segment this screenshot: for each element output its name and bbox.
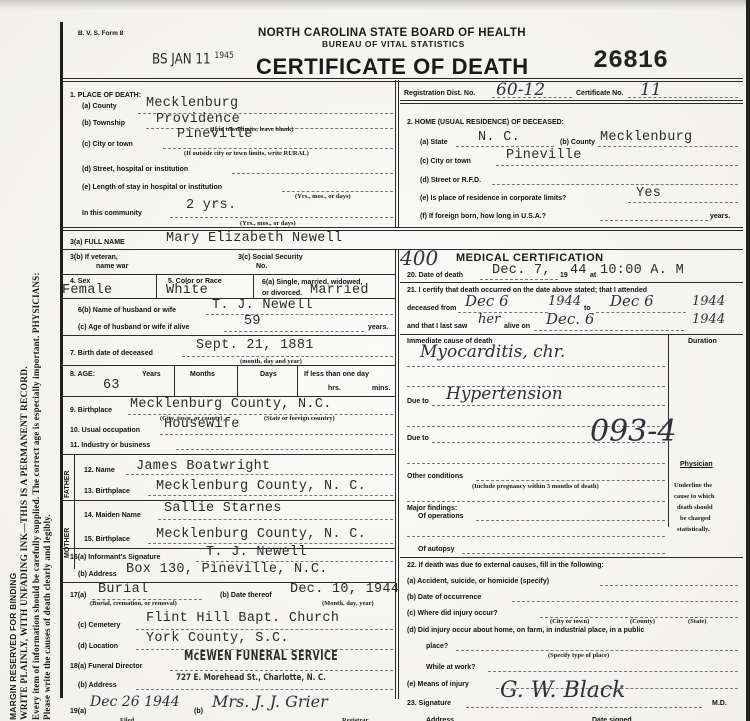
death-year-value: 44 bbox=[570, 263, 587, 278]
last-saw-line bbox=[534, 330, 684, 331]
registrar-label: (b) bbox=[194, 708, 203, 715]
where-note-county: (County) bbox=[630, 618, 655, 625]
due-to-2-label: Due to bbox=[407, 435, 429, 442]
burial-date-note: (Month, day, year) bbox=[322, 600, 374, 607]
physician-note-line: be charged bbox=[680, 515, 711, 522]
external-causes-title: 22. If death was due to external causes,… bbox=[407, 562, 604, 569]
city-note: (If outside city or town limits, write R… bbox=[184, 150, 309, 157]
registration-dist-label: Registration Dist. No. bbox=[404, 90, 475, 97]
last-saw-label: and that I last saw bbox=[407, 323, 467, 330]
section-divider-1 bbox=[63, 227, 743, 231]
home-city-line bbox=[496, 165, 738, 166]
injury-where-label: (c) Where did injury occur? bbox=[407, 610, 498, 617]
spouse-age-value: 59 bbox=[244, 314, 261, 329]
registrar-note: Registrar bbox=[342, 717, 368, 721]
sex-value: Female bbox=[62, 283, 112, 298]
age-label: 8. AGE: bbox=[70, 371, 95, 378]
place-label: place? bbox=[426, 643, 448, 650]
date-of-death-label: 20. Date of death bbox=[407, 272, 463, 279]
physician-note-line: Underline the bbox=[674, 482, 712, 489]
industry-label: 11. Industry or business bbox=[70, 442, 150, 449]
father-birthplace-line bbox=[148, 495, 393, 496]
hrs-label: hrs. bbox=[328, 385, 341, 392]
ssn-no-label: No. bbox=[256, 263, 267, 270]
director-line bbox=[170, 670, 393, 671]
spouse-age-line bbox=[224, 331, 364, 332]
informant-address-value: Box 130, Pineville, N.C. bbox=[126, 562, 328, 577]
director-address-line bbox=[136, 689, 393, 690]
home-street-line bbox=[492, 184, 738, 185]
margin-every-item-text: Every item of information should be care… bbox=[31, 272, 41, 720]
mother-birthplace-label: 15. Birthplace bbox=[84, 536, 130, 543]
autopsy-line bbox=[462, 553, 665, 554]
place-note: (Specify type of place) bbox=[548, 652, 609, 659]
registration-divider bbox=[400, 100, 743, 104]
ssn-label: 3(c) Social Security bbox=[238, 254, 303, 261]
death-certificate-page: MARGIN RESERVED FOR BINDING WRITE PLAINL… bbox=[0, 0, 750, 721]
disposition-value: Burial bbox=[98, 582, 148, 597]
bureau-name: BUREAU OF VITAL STATISTICS bbox=[322, 39, 465, 49]
death-township-value: Providence bbox=[156, 112, 240, 127]
full-name-label: 3(a) FULL NAME bbox=[70, 239, 125, 246]
margin-please-write-text: Please write the causes of death clearly… bbox=[42, 514, 52, 720]
due-to-line bbox=[432, 405, 665, 406]
stay-label: (e) Length of stay in hospital or instit… bbox=[82, 184, 222, 191]
attended-from-line bbox=[458, 312, 548, 313]
due-to-1-label: Due to bbox=[407, 398, 429, 405]
accident-label: (a) Accident, suicide, or homicide (spec… bbox=[407, 578, 549, 585]
home-city-label: (c) City or town bbox=[420, 158, 471, 165]
spouse-name-value: T. J. Newell bbox=[212, 298, 313, 313]
attended-to-line bbox=[596, 312, 686, 313]
physician-note-line: statistically. bbox=[677, 526, 710, 533]
father-birthplace-value: Mecklenburg County, N. C. bbox=[156, 479, 366, 494]
frame-left-border bbox=[60, 22, 63, 698]
medical-column-divider bbox=[395, 249, 399, 699]
disposition-note: (Burial, cremation, or removal) bbox=[90, 600, 177, 607]
community-line bbox=[170, 217, 393, 218]
stamp-date: BS JAN 11 bbox=[152, 52, 211, 68]
where-note-city: (City or town) bbox=[550, 618, 589, 625]
row-divider bbox=[63, 274, 396, 275]
due-to-1-value: Hypertension bbox=[446, 384, 563, 404]
attended-from-year: 1944 bbox=[548, 294, 581, 309]
certificate-serial-number: 26816 bbox=[593, 46, 668, 75]
cause-line bbox=[407, 501, 665, 502]
spouse-line bbox=[206, 314, 393, 315]
cert-no-label: Certificate No. bbox=[576, 90, 623, 97]
operations-line bbox=[476, 520, 665, 521]
immediate-cause-value: Myocarditis, chr. bbox=[420, 342, 565, 362]
cemetery-label: (c) Cemetery bbox=[78, 622, 120, 629]
occupation-line bbox=[160, 434, 393, 435]
signature-label: 23. Signature bbox=[407, 700, 451, 707]
industry-line bbox=[176, 449, 393, 450]
attended-from-label: deceased from bbox=[407, 305, 456, 312]
cemetery-value: Flint Hill Bapt. Church bbox=[146, 611, 339, 626]
row-divider bbox=[400, 334, 743, 335]
physician-note-line: cause to which bbox=[674, 493, 714, 500]
column-divider bbox=[395, 80, 399, 228]
physician-note-line: death should bbox=[677, 504, 713, 511]
mother-name-label: 14. Maiden Name bbox=[84, 512, 141, 519]
home-county-value: Mecklenburg bbox=[600, 130, 692, 145]
margin-write-plainly-text: WRITE PLAINLY, WITH UNFADING INK—THIS IS… bbox=[20, 366, 30, 720]
spouse-age-label: (c) Age of husband or wife if alive bbox=[78, 324, 189, 331]
date-of-death-value: Dec. 7, bbox=[492, 263, 551, 278]
burial-date-value: Dec. 10, 1944 bbox=[290, 582, 399, 597]
father-name-label: 12. Name bbox=[84, 467, 115, 474]
birth-line bbox=[182, 356, 393, 357]
margin-binding-text: MARGIN RESERVED FOR BINDING bbox=[8, 573, 18, 720]
death-county-value: Mecklenburg bbox=[146, 96, 238, 111]
certificate-no-value: 11 bbox=[640, 80, 662, 100]
margin-instructions: MARGIN RESERVED FOR BINDING WRITE PLAINL… bbox=[4, 20, 58, 720]
death-date-line bbox=[480, 279, 558, 280]
home-county-label: (b) County bbox=[560, 139, 595, 146]
row-divider bbox=[400, 282, 743, 283]
full-name-value: Mary Elizabeth Newell bbox=[166, 231, 342, 246]
certificate-title: CERTIFICATE OF DEATH bbox=[256, 54, 529, 80]
last-saw-year: 1944 bbox=[692, 312, 725, 327]
mins-label: mins. bbox=[372, 385, 390, 392]
last-saw-date-value: Dec. 6 bbox=[546, 310, 594, 328]
major-findings-label: Major findings: bbox=[407, 505, 457, 512]
alive-on-label: alive on bbox=[504, 323, 530, 330]
attended-from-value: Dec 6 bbox=[465, 292, 509, 310]
foreign-years-label: years. bbox=[710, 213, 730, 220]
last-saw-pronoun: her bbox=[478, 312, 500, 327]
duration-label: Duration bbox=[688, 338, 717, 345]
date-signed-label: Date signed bbox=[592, 717, 632, 721]
veteran-label: 3(b) If veteran, bbox=[70, 254, 118, 261]
received-stamp: BS JAN 11 1945 bbox=[152, 51, 234, 68]
year-prefix: 19 bbox=[560, 272, 568, 279]
parent-tag-divider bbox=[74, 454, 75, 569]
burial-location-value: York County, S.C. bbox=[146, 631, 289, 646]
physician-label: Physician bbox=[680, 461, 713, 468]
city-label: (c) City or town bbox=[82, 141, 133, 148]
scan-shadow bbox=[0, 0, 750, 10]
birthplace-note-state: (State or foreign country) bbox=[264, 415, 335, 422]
birth-date-label: 7. Birth date of deceased bbox=[70, 350, 153, 357]
home-state-label: (a) State bbox=[420, 139, 448, 146]
marital-status-value: Married bbox=[310, 283, 369, 298]
veteran-war-label: name war bbox=[96, 263, 128, 270]
home-city-value: Pineville bbox=[506, 148, 582, 163]
funeral-director-label: 18(a) Funeral Director bbox=[70, 663, 142, 670]
funeral-director-value: McEWEN FUNERAL SERVICE bbox=[184, 649, 338, 664]
home-street-label: (d) Street or R.F.D. bbox=[420, 177, 481, 184]
occupation-label: 10. Usual occupation bbox=[70, 427, 140, 434]
issuing-board: NORTH CAROLINA STATE BOARD OF HEALTH bbox=[258, 27, 526, 39]
place-line bbox=[456, 650, 738, 651]
work-line bbox=[488, 671, 738, 672]
mother-birthplace-value: Mecklenburg County, N. C. bbox=[156, 527, 366, 542]
attended-to-value: Dec 6 bbox=[610, 292, 654, 310]
other-conditions-label: Other conditions bbox=[407, 473, 463, 480]
attended-to-year: 1944 bbox=[692, 294, 725, 309]
stay-note: (Yrs., mos., or days) bbox=[295, 193, 351, 200]
father-name-value: James Boatwright bbox=[136, 459, 270, 474]
age-years-value: 63 bbox=[103, 378, 120, 393]
cell-divider bbox=[174, 365, 175, 396]
director-address-label: (b) Address bbox=[78, 682, 117, 689]
corporate-limits-value: Yes bbox=[636, 186, 661, 201]
accident-line bbox=[600, 585, 738, 586]
stay-line bbox=[282, 191, 393, 192]
location-label: (d) Location bbox=[78, 643, 118, 650]
where-note-state: (State) bbox=[688, 618, 706, 625]
injury-place-label: (d) Did injury occur about home, on farm… bbox=[407, 627, 644, 634]
days-col-label: Days bbox=[260, 371, 277, 378]
means-of-injury-label: (e) Means of injury bbox=[407, 681, 469, 688]
months-col-label: Months bbox=[190, 371, 215, 378]
autopsy-label: Of autopsy bbox=[418, 546, 455, 553]
birthplace-label: 9. Birthplace bbox=[70, 407, 112, 414]
cell-divider bbox=[297, 365, 298, 396]
spouse-label: 6(b) Name of husband or wife bbox=[78, 307, 176, 314]
filed-note: Filed bbox=[120, 717, 134, 721]
row-divider bbox=[63, 335, 396, 336]
cell-divider bbox=[253, 274, 254, 298]
street-label: (d) Street, hospital or institution bbox=[82, 166, 188, 173]
while-at-work-label: While at work? bbox=[426, 664, 475, 671]
birthplace-value: Mecklenburg County, N.C. bbox=[130, 397, 332, 412]
corporate-limits-label: (e) Is place of residence in corporate l… bbox=[420, 195, 566, 202]
community-note: (Yrs., mos., or days) bbox=[240, 220, 296, 227]
foreign-line bbox=[600, 220, 708, 221]
home-county-line bbox=[598, 146, 738, 147]
county-label: (a) County bbox=[82, 103, 117, 110]
filed-date-value: Dec 26 1944 bbox=[90, 694, 180, 710]
informant-signature-value: T. J. Newell bbox=[206, 545, 307, 560]
place-of-death-title: 1. PLACE OF DEATH: bbox=[70, 92, 141, 99]
race-value: White bbox=[166, 283, 208, 298]
other-conditions-line bbox=[476, 480, 665, 481]
signature-line bbox=[466, 707, 702, 708]
findings-line bbox=[407, 536, 665, 537]
cause-code: 093-4 bbox=[590, 414, 676, 449]
father-name-line bbox=[126, 474, 393, 475]
filed-label: 19(a) bbox=[70, 708, 86, 715]
burial-date-label: (b) Date thereof bbox=[220, 592, 272, 599]
marital-sub-label: or divorced. bbox=[262, 290, 302, 297]
mother-birthplace-line bbox=[148, 543, 393, 544]
father-tag: FATHER bbox=[64, 471, 71, 498]
street-line bbox=[232, 173, 393, 174]
registrar-value: Mrs. J. J. Grier bbox=[212, 692, 328, 711]
home-title: 2. HOME (USUAL RESIDENCE) OF DECEASED: bbox=[407, 119, 564, 126]
city-line bbox=[163, 148, 393, 149]
mother-name-line bbox=[158, 519, 393, 520]
home-state-line bbox=[456, 146, 554, 147]
margin-handwritten-note: 400 bbox=[400, 246, 438, 270]
md-label: M.D. bbox=[712, 700, 727, 707]
other-conditions-note: (Include pregnancy within 3 months of de… bbox=[472, 483, 599, 490]
corporate-line bbox=[628, 202, 738, 203]
time-of-death-value: 10:00 A. M bbox=[600, 263, 684, 278]
funeral-director-address-value: 727 E. Morehead St., Charlotte, N. C. bbox=[176, 673, 326, 683]
foreign-born-label: (f) If foreign born, how long in U.S.A.? bbox=[420, 213, 546, 220]
physician-signature: G. W. Black bbox=[500, 678, 626, 703]
physician-address-label: Address bbox=[426, 717, 454, 721]
death-city-value: Pineville bbox=[177, 127, 253, 142]
stamp-year: 1945 bbox=[214, 51, 233, 61]
form-number: B. V. S. Form 8 bbox=[78, 30, 123, 37]
mother-maiden-name-value: Sallie Starnes bbox=[164, 501, 282, 516]
registration-dist-value: 60-12 bbox=[496, 80, 545, 100]
occupation-value: Housewife bbox=[164, 417, 240, 432]
operations-label: Of operations bbox=[418, 513, 464, 520]
birth-date-value: Sept. 21, 1881 bbox=[196, 338, 314, 353]
community-value: 2 yrs. bbox=[186, 198, 236, 213]
township-label: (b) Township bbox=[82, 120, 125, 127]
father-birthplace-label: 13. Birthplace bbox=[84, 488, 130, 495]
less-than-day-label: If less than one day bbox=[304, 371, 369, 378]
cause-line bbox=[407, 463, 665, 464]
occurrence-date-label: (b) Date of occurrence bbox=[407, 594, 481, 601]
years-col-label: Years bbox=[142, 371, 161, 378]
disposition-label: 17(a) bbox=[70, 592, 86, 599]
cell-divider bbox=[156, 274, 157, 298]
certificate-frame: B. V. S. Form 8 NORTH CAROLINA STATE BOA… bbox=[60, 22, 748, 700]
occurrence-line bbox=[512, 601, 738, 602]
row-divider bbox=[63, 454, 396, 455]
years-label: years. bbox=[368, 324, 388, 331]
informant-signature-label: 16(a) Informant's Signature bbox=[70, 554, 160, 561]
community-label: In this community bbox=[82, 210, 142, 217]
cemetery-line bbox=[136, 629, 393, 630]
birth-note: (month, day and year) bbox=[240, 358, 302, 365]
home-state-value: N. C. bbox=[478, 130, 520, 145]
time-at-label: at bbox=[590, 272, 596, 279]
cell-divider bbox=[237, 365, 238, 396]
row-divider bbox=[63, 365, 396, 366]
informant-address-label: (b) Address bbox=[78, 571, 117, 578]
cause-line bbox=[407, 366, 665, 367]
row-divider bbox=[400, 557, 743, 558]
